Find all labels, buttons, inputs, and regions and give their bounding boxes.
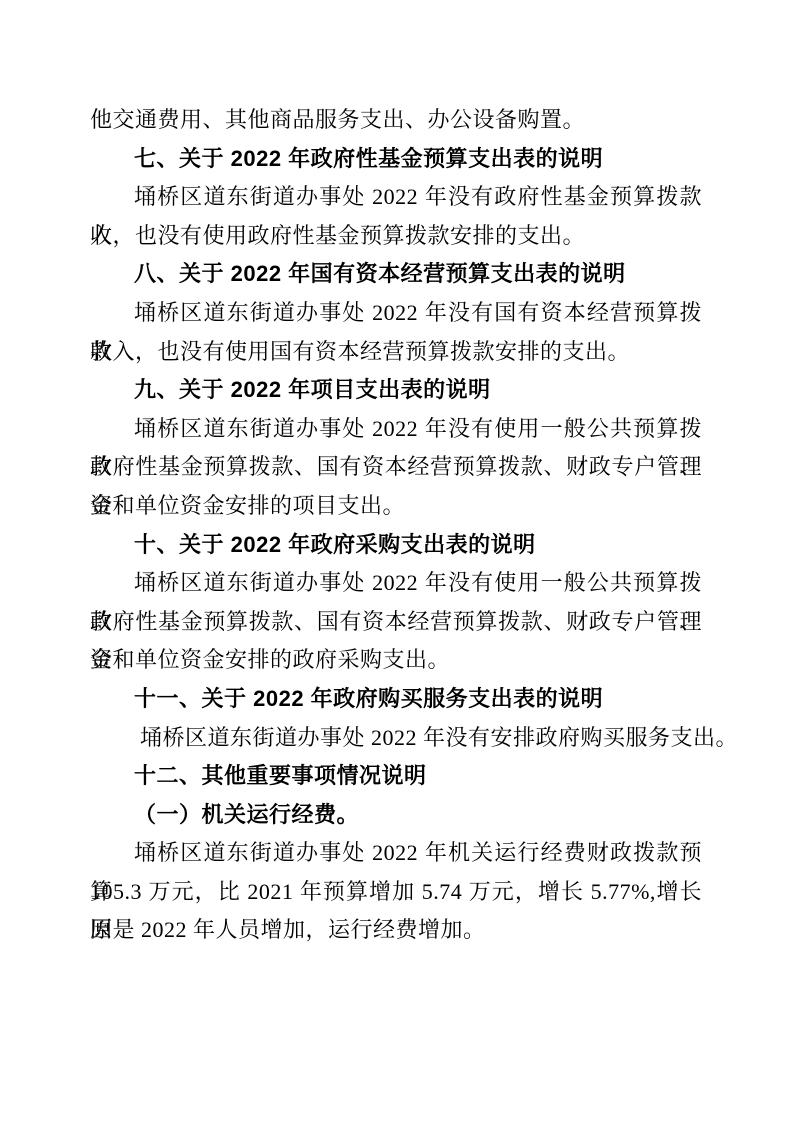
para-8-line-2: 收入，也没有使用国有资本经营预算拨款安排的支出。	[90, 333, 702, 372]
para-9-line-2: 政府性基金预算拨款、国有资本经营预算拨款、财政专户管理资	[90, 448, 702, 487]
section-heading-8: 八、关于 2022 年国有资本经营预算支出表的说明	[90, 255, 702, 294]
para-11-line-1: 埇桥区道东街道办事处 2022 年没有安排政府购买服务支出。	[90, 719, 702, 758]
para-8-line-1: 埇桥区道东街道办事处 2022 年没有国有资本经营预算拨款	[90, 294, 702, 333]
para-9-line-1: 埇桥区道东街道办事处 2022 年没有使用一般公共预算拨款、	[90, 410, 702, 449]
section-heading-10: 十、关于 2022 年政府采购支出表的说明	[90, 526, 702, 565]
para-10-line-2: 政府性基金预算拨款、国有资本经营预算拨款、财政专户管理资	[90, 603, 702, 642]
section-heading-12: 十二、其他重要事项情况说明	[90, 757, 702, 796]
section-heading-9: 九、关于 2022 年项目支出表的说明	[90, 371, 702, 410]
para-10-line-3: 金和单位资金安排的政府采购支出。	[90, 641, 702, 680]
subsection-heading-12-1: （一）机关运行经费。	[90, 796, 702, 835]
para-9-line-3: 金和单位资金安排的项目支出。	[90, 487, 702, 526]
para-7-line-2: 入，也没有使用政府性基金预算拨款安排的支出。	[90, 217, 702, 256]
para-7-line-1: 埇桥区道东街道办事处 2022 年没有政府性基金预算拨款收	[90, 178, 702, 217]
section-heading-7: 七、关于 2022 年政府性基金预算支出表的说明	[90, 140, 702, 179]
section-heading-11: 十一、关于 2022 年政府购买服务支出表的说明	[90, 680, 702, 719]
para-12-line-2: 105.3 万元，比 2021 年预算增加 5.74 万元，增长 5.77%,增…	[90, 873, 702, 912]
para-12-line-3: 因是 2022 年人员增加，运行经费增加。	[90, 911, 702, 950]
paragraph-continuation-line: 他交通费用、其他商品服务支出、办公设备购置。	[90, 101, 702, 140]
para-12-line-1: 埇桥区道东街道办事处 2022 年机关运行经费财政拨款预算	[90, 834, 702, 873]
para-10-line-1: 埇桥区道东街道办事处 2022 年没有使用一般公共预算拨款、	[90, 564, 702, 603]
document-page: 他交通费用、其他商品服务支出、办公设备购置。 七、关于 2022 年政府性基金预…	[0, 0, 793, 1122]
